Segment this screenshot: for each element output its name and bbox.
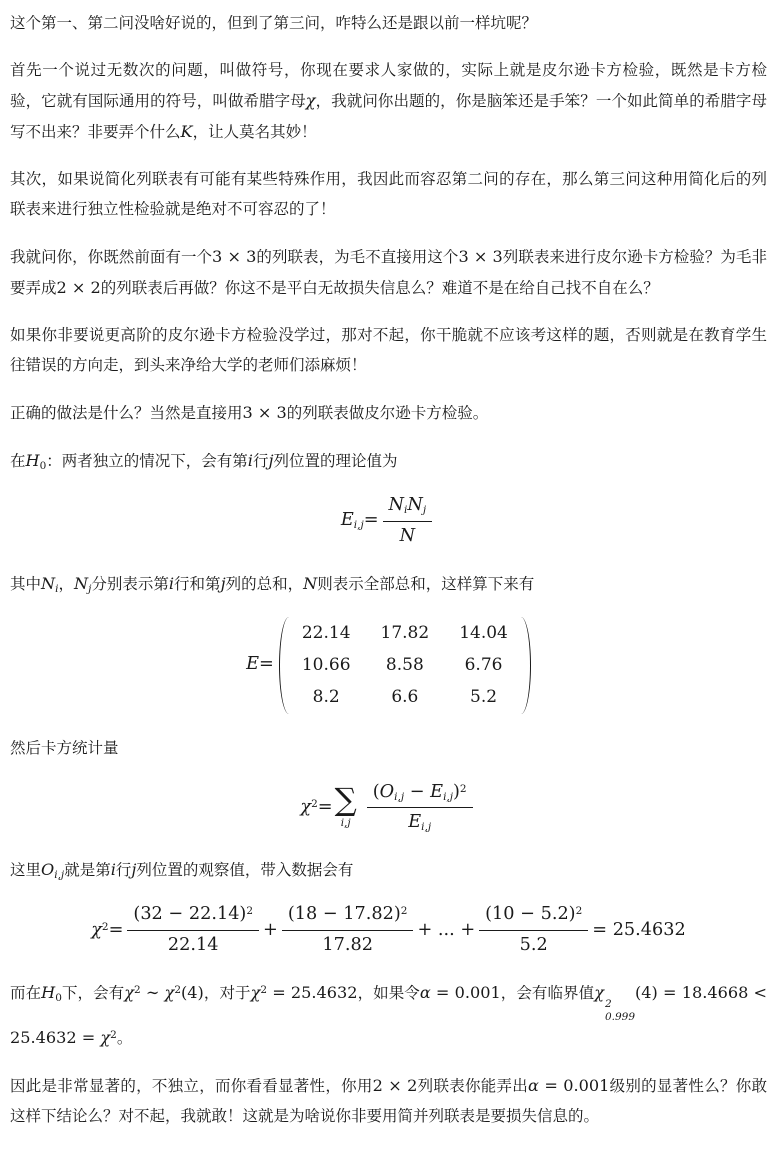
math-run: χ2	[100, 1028, 116, 1047]
matrix-cell: 8.2	[313, 686, 340, 709]
text-run: ，对于	[204, 985, 251, 1002]
math-run: = 0.001	[431, 983, 501, 1002]
text-run: 下，会有	[62, 985, 124, 1002]
math-run: 3 × 3	[243, 403, 287, 422]
math-run: α	[528, 1076, 539, 1095]
paragraph-should-not-set-question: 如果你非要说更高阶的皮尔逊卡方检验没学过，那对不起，你干脆就不应该考这样的题，否…	[10, 321, 767, 381]
paragraph-why-not-3x3: 我就问你，你既然前面有一个3 × 3的列联表，为毛不直接用这个3 × 3列联表来…	[10, 242, 767, 304]
article: 这个第一、第二问没啥好说的，但到了第三问，咋特么还是跟以前一样坑呢？ 首先一个说…	[0, 0, 779, 1173]
math-run: (10 − 5.2)2	[485, 904, 582, 924]
denominator: 22.14	[162, 931, 225, 958]
matrix-cell: 14.04	[459, 622, 508, 645]
math-run: (18 − 17.82)2	[288, 904, 408, 924]
paragraph-correct-approach: 正确的做法是什么？当然是直接用3 × 3的列联表做皮尔逊卡方检验。	[10, 398, 767, 429]
math-run: (4)	[181, 983, 204, 1002]
text-run: ：两者独立的情况下，会有第	[46, 453, 248, 470]
text-run: 的列联表做皮尔逊卡方检验。	[287, 405, 489, 422]
paragraph-intro: 这个第一、第二问没啥好说的，但到了第三问，咋特么还是跟以前一样坑呢？	[10, 9, 767, 39]
text-run: 的列联表后再做？你这不是平白无故损失信息么？难道不是在给自己找不自在么？	[101, 280, 659, 297]
text-run: 如果你非要说更高阶的皮尔逊卡方检验没学过，那对不起，你干脆就不应该考这样的题，否…	[10, 327, 767, 374]
math-run: Ei,j	[430, 782, 453, 802]
math-run: =	[318, 796, 333, 820]
math-run: χ2	[165, 983, 181, 1002]
math-run: 3 × 3	[212, 247, 256, 266]
subscript: i,j	[443, 791, 453, 803]
script-stack: 20.999	[605, 999, 635, 1023]
math-run: 2 × 2	[57, 278, 101, 297]
superscript: 2	[401, 905, 408, 917]
matrix-cell: 8.58	[386, 654, 424, 677]
formula-expected-value: Ei,j = NiNjN	[10, 494, 767, 549]
left-paren-icon	[279, 617, 290, 714]
math-run: χ2	[124, 983, 140, 1002]
math-run: −	[404, 782, 430, 802]
text-run: 而在	[10, 985, 41, 1002]
text-run: 就是第	[64, 862, 111, 879]
math-run: χ2	[300, 796, 317, 820]
superscript: 2	[110, 1029, 117, 1041]
fraction: NiNjN	[383, 494, 433, 549]
paragraph-simplified-table-complaint: 其次，如果说简化列联表有可能有某些特殊作用，我因此而容忍第二问的存在，那么第三问…	[10, 165, 767, 225]
text-run: 行	[116, 862, 132, 879]
matrix-cell: 6.76	[465, 654, 503, 677]
text-run: 行和第	[174, 576, 221, 593]
math-run: +	[263, 919, 278, 943]
math-run: =	[109, 919, 124, 943]
text-run: 。	[117, 1030, 133, 1047]
math-run: χ20.999	[594, 983, 635, 1002]
math-run: = 0.001	[539, 1076, 609, 1095]
math-run: Ei,j	[408, 812, 431, 832]
subscript: i,j	[354, 520, 364, 532]
math-run: N	[303, 574, 317, 593]
math-run: Oi,j	[380, 782, 404, 802]
math-run: Oi,j	[41, 860, 64, 879]
superscript: 2	[134, 984, 141, 996]
fraction: (Oi,j − Ei,j)2Ei,j	[367, 781, 473, 836]
fraction: (18 − 17.82)217.82	[282, 903, 414, 958]
text-run: 因此是非常显著的，不独立，而你看看显著性，你用	[10, 1078, 373, 1095]
math-run: 17.82	[322, 935, 373, 955]
fraction: (32 − 22.14)222.14	[127, 903, 259, 958]
right-paren-icon	[520, 617, 531, 714]
math-run: Nj	[407, 495, 426, 515]
paragraph-final-conclusion: 因此是非常显著的，不独立，而你看看显著性，你用2 × 2列联表你能弄出α = 0…	[10, 1071, 767, 1132]
math-run: Ni	[41, 574, 58, 593]
text-run: 列的总和，	[226, 576, 304, 593]
superscript: 2	[246, 905, 253, 917]
subscript: j	[423, 504, 426, 516]
math-run: (	[373, 782, 380, 802]
math-run: K	[181, 122, 193, 141]
math-run: Ni	[389, 495, 408, 515]
subscript: i,j	[394, 791, 404, 803]
denominator: N	[394, 522, 421, 549]
superscript: 2	[102, 921, 109, 933]
subscript: 0.999	[605, 1012, 635, 1023]
text-run: ，	[58, 576, 74, 593]
sigma-icon: ∑	[335, 785, 357, 815]
math-run: χ2	[251, 983, 267, 1002]
text-run: 列联表你能弄出	[417, 1078, 528, 1095]
superscript: 2	[174, 984, 181, 996]
text-run: 的列联表，为毛不直接用这个	[256, 249, 458, 266]
formula-chi-square-calculation: χ2 = (32 − 22.14)222.14 + (18 − 17.82)21…	[10, 903, 767, 958]
superscript: 2	[576, 905, 583, 917]
denominator: 17.82	[316, 931, 379, 958]
text-run: 列位置的理论值为	[273, 453, 397, 470]
text-run: 分别表示第	[91, 576, 169, 593]
text-run: ，如果令	[358, 985, 420, 1002]
math-run: Nj	[74, 574, 91, 593]
denominator: 5.2	[514, 931, 554, 958]
superscript: 2	[311, 798, 318, 810]
summation-index: i,j	[341, 816, 351, 830]
math-run: 5.2	[520, 935, 548, 955]
paragraph-notation-explanation: 其中Ni，Nj分别表示第i行和第j列的总和，N则表示全部总和，这样算下来有	[10, 569, 767, 600]
text-run: ，会有临界值	[501, 985, 594, 1002]
math-run: α	[420, 983, 431, 1002]
paragraph-symbol-complaint: 首先一个说过无数次的问题，叫做符号，你现在要求人家做的，实际上就是皮尔逊卡方检验…	[10, 56, 767, 148]
math-run: E	[246, 653, 259, 677]
math-run: χ	[306, 91, 316, 110]
numerator: (Oi,j − Ei,j)2	[367, 781, 473, 809]
denominator: Ei,j	[402, 808, 437, 835]
text-run: 我就问你，你既然前面有一个	[10, 249, 212, 266]
matrix: 22.1417.8214.0410.668.586.768.26.65.2	[279, 617, 531, 714]
text-run: 列位置的观察值，带入数据会有	[136, 862, 353, 879]
fraction: (10 − 5.2)25.2	[479, 903, 588, 958]
math-run: =	[259, 653, 274, 677]
matrix-cell: 17.82	[381, 622, 430, 645]
text-run: 这个第一、第二问没啥好说的，但到了第三问，咋特么还是跟以前一样坑呢？	[10, 15, 537, 32]
math-run: Ei,j	[341, 509, 364, 533]
text-run: 其次，如果说简化列联表有可能有某些特殊作用，我因此而容忍第二问的存在，那么第三问…	[10, 171, 767, 218]
math-run: 22.14	[168, 935, 219, 955]
paragraph-chi-square-intro: 然后卡方统计量	[10, 734, 767, 764]
text-run: 这里	[10, 862, 41, 879]
subscript: i,j	[421, 822, 431, 834]
math-run: = 25.4632	[592, 919, 686, 943]
superscript: 2	[605, 999, 612, 1010]
math-run: )2	[453, 782, 467, 802]
math-run: 2 × 2	[373, 1076, 418, 1095]
subscript: 0	[55, 992, 62, 1004]
matrix-cell: 22.14	[302, 622, 351, 645]
math-run: ∼	[141, 983, 165, 1002]
formula-expected-matrix: E = 22.1417.8214.0410.668.586.768.26.65.…	[10, 617, 767, 714]
math-run: N	[400, 526, 415, 546]
superscript: 2	[460, 782, 467, 794]
numerator: (32 − 22.14)2	[127, 903, 259, 931]
math-run: 3 × 3	[458, 247, 502, 266]
math-run: + ... +	[417, 919, 475, 943]
math-run: H0	[41, 983, 62, 1002]
text-run: 然后卡方统计量	[10, 740, 119, 757]
text-run: 则表示全部总和，这样算下来有	[317, 576, 534, 593]
text-run: ，让人莫名其妙！	[193, 124, 317, 141]
summation: ∑i,j	[335, 785, 357, 830]
text-run: 其中	[10, 576, 41, 593]
text-run: 行	[253, 453, 269, 470]
math-run: (32 − 22.14)2	[133, 904, 253, 924]
matrix-cell: 5.2	[470, 686, 497, 709]
math-run: =	[364, 509, 379, 533]
text-run: 正确的做法是什么？当然是直接用	[10, 405, 243, 422]
matrix-cell: 6.6	[391, 686, 418, 709]
formula-chi-square-definition: χ2 = ∑i,j(Oi,j − Ei,j)2Ei,j	[10, 781, 767, 836]
numerator: (18 − 17.82)2	[282, 903, 414, 931]
math-run: = 25.4632	[267, 983, 357, 1002]
math-run: χ2	[91, 919, 108, 943]
paragraph-null-hypothesis-setup: 在H0：两者独立的情况下，会有第i行j列位置的理论值为	[10, 446, 767, 477]
text-run: 在	[10, 453, 26, 470]
numerator: (10 − 5.2)2	[479, 903, 588, 931]
matrix-cell: 10.66	[302, 654, 351, 677]
matrix-grid: 22.1417.8214.0410.668.586.768.26.65.2	[290, 617, 520, 714]
paragraph-observed-value-note: 这里Oi,j就是第i行j列位置的观察值，带入数据会有	[10, 855, 767, 886]
math-run: H0	[26, 451, 47, 470]
subscript: i,j	[54, 869, 64, 881]
paragraph-significance-result: 而在H0下，会有χ2 ∼ χ2(4)，对于χ2 = 25.4632，如果令α =…	[10, 978, 767, 1054]
numerator: NiNj	[383, 494, 433, 522]
